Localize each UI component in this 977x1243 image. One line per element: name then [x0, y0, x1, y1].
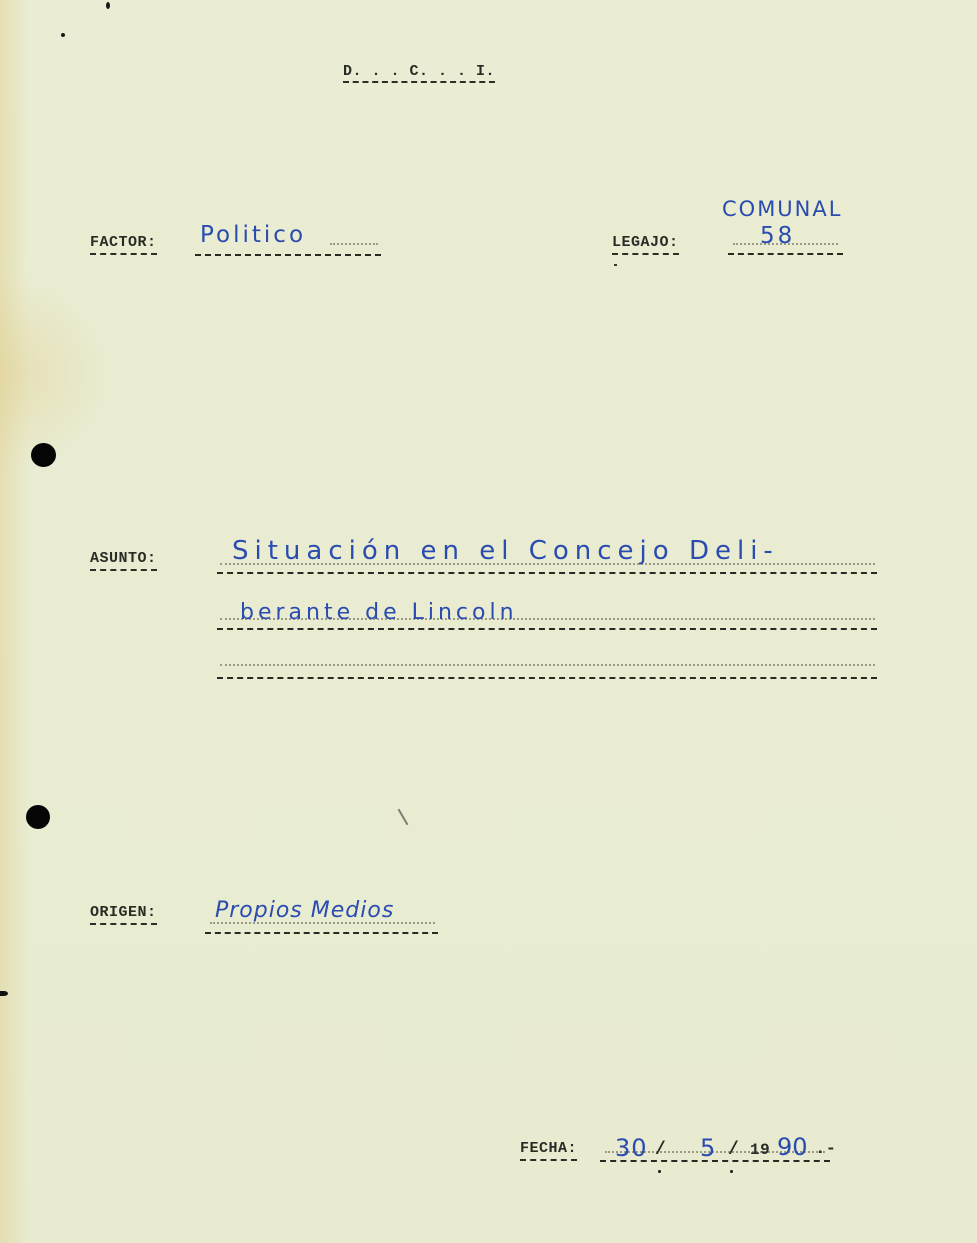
- ink-speck: [61, 33, 65, 37]
- fecha-label: FECHA:: [520, 1140, 577, 1161]
- origen-label: ORIGEN:: [90, 904, 157, 925]
- binder-punch-hole: [26, 805, 50, 829]
- asunto-line-2-underline: [217, 628, 877, 630]
- speck-mark: [614, 264, 617, 266]
- ink-speck: [730, 1170, 733, 1173]
- legajo-value-top: COMUNAL: [722, 197, 842, 221]
- ink-speck: [106, 2, 110, 9]
- factor-field-dots: [330, 243, 378, 245]
- ink-speck: [658, 1170, 661, 1173]
- asunto-line-1: Situación en el Concejo Deli-: [232, 536, 779, 566]
- asunto-line-3-underline: [217, 677, 877, 679]
- fecha-trailing: .-: [815, 1140, 836, 1159]
- header-title: D. . . C. . . I.: [343, 63, 495, 80]
- factor-field-underline: [195, 254, 381, 256]
- asunto-line-1-underline: [217, 572, 877, 574]
- edge-notch: [0, 991, 8, 996]
- fecha-month: 5: [700, 1134, 718, 1162]
- factor-label: FACTOR:: [90, 234, 157, 255]
- stray-pencil-mark: [398, 809, 409, 826]
- legajo-field-underline: [728, 253, 843, 255]
- asunto-line-2: berante de Lincoln: [240, 600, 518, 625]
- fecha-day: 30: [615, 1134, 648, 1162]
- document-header: D. . . C. . . I.: [343, 63, 495, 83]
- factor-value: Politico: [200, 222, 306, 248]
- fecha-year-suffix: 90: [777, 1133, 808, 1161]
- asunto-line-3-dots: [220, 664, 875, 666]
- fecha-separator-2: /: [728, 1140, 739, 1160]
- legajo-value: 58: [760, 223, 795, 249]
- fecha-year-prefix: 19: [750, 1141, 770, 1159]
- legajo-label: LEGAJO:: [612, 234, 679, 255]
- fecha-separator-1: /: [655, 1140, 666, 1160]
- origen-value: Propios Medios: [215, 898, 394, 923]
- binder-punch-hole: [31, 443, 56, 467]
- asunto-label: ASUNTO:: [90, 550, 157, 571]
- origen-field-underline: [205, 932, 438, 934]
